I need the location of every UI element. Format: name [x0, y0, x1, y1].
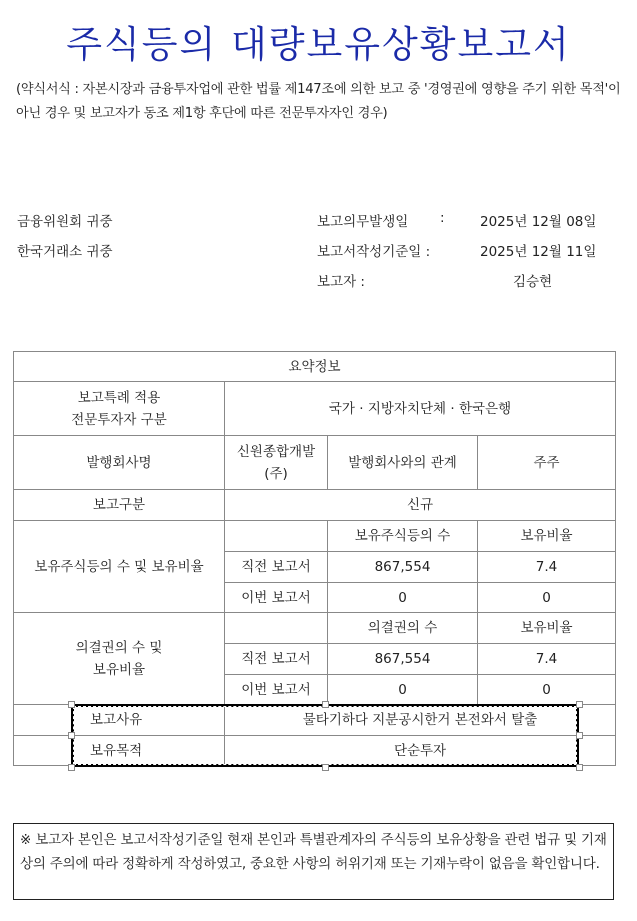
votes-curr-label: 이번 보고서: [225, 675, 328, 705]
special-investor-value: 국가 · 지방자치단체 · 한국은행: [225, 382, 616, 436]
base-date: 2025년 12월 11일: [480, 240, 596, 260]
shares-ratio-header: 보유비율: [478, 521, 616, 552]
resize-handle-right[interactable]: [576, 732, 583, 739]
resize-handle-bottom[interactable]: [322, 764, 329, 771]
votes-curr-count: 0: [328, 675, 478, 705]
shares-blank-header: [225, 521, 328, 552]
document-subtitle: (약식서식 : 자본시장과 금융투자업에 관한 법률 제147조에 의한 보고 …: [16, 78, 626, 126]
report-type-value: 신규: [225, 490, 616, 521]
votes-prev-count: 867,554: [328, 644, 478, 675]
issuer-name-line-1: 신원종합개발: [225, 441, 327, 463]
votes-label-line-2: 보유비율: [14, 659, 224, 681]
votes-blank-header: [225, 613, 328, 644]
resize-handle-top-right[interactable]: [576, 701, 583, 708]
confirmation-notice: ※ 보고자 본인은 보고서작성기준일 현재 본인과 특별관계자의 주식등의 보유…: [13, 823, 614, 900]
obligation-date-label: 보고의무발생일: [317, 210, 408, 230]
report-type-label: 보고구분: [14, 490, 225, 521]
recipient-krx: 한국거래소 귀중: [17, 240, 113, 260]
shares-curr-count: 0: [328, 583, 478, 613]
obligation-date-separator: :: [440, 210, 445, 226]
votes-label-line-1: 의결권의 수 및: [14, 637, 224, 659]
summary-heading: 요약정보: [14, 352, 616, 382]
votes-curr-ratio: 0: [478, 675, 616, 705]
shares-prev-count: 867,554: [328, 552, 478, 583]
special-label-line-2: 전문투자자 구분: [14, 409, 224, 431]
shares-prev-label: 직전 보고서: [225, 552, 328, 583]
relation-value: 주주: [478, 436, 616, 490]
base-date-label: 보고서작성기준일 :: [317, 240, 430, 260]
shares-count-header: 보유주식등의 수: [328, 521, 478, 552]
issuer-name-line-2: (주): [225, 463, 327, 485]
document-title: 주식등의 대량보유상황보고서: [0, 14, 637, 68]
shares-prev-ratio: 7.4: [478, 552, 616, 583]
resize-handle-bottom-left[interactable]: [68, 764, 75, 771]
votes-prev-label: 직전 보고서: [225, 644, 328, 675]
votes-prev-ratio: 7.4: [478, 644, 616, 675]
obligation-date: 2025년 12월 08일: [480, 210, 596, 230]
resize-handle-left[interactable]: [68, 732, 75, 739]
shares-curr-ratio: 0: [478, 583, 616, 613]
votes-label: 의결권의 수 및 보유비율: [14, 613, 225, 705]
special-investor-label: 보고특례 적용 전문투자자 구분: [14, 382, 225, 436]
shares-curr-label: 이번 보고서: [225, 583, 328, 613]
resize-handle-top[interactable]: [322, 701, 329, 708]
selection-frame[interactable]: [71, 704, 579, 767]
resize-handle-bottom-right[interactable]: [576, 764, 583, 771]
reporter-label: 보고자 :: [317, 270, 365, 290]
recipient-fsc: 금융위원회 귀중: [17, 210, 113, 230]
special-label-line-1: 보고특례 적용: [14, 387, 224, 409]
votes-ratio-header: 보유비율: [478, 613, 616, 644]
reporter-name: 김승현: [513, 270, 552, 290]
relation-label: 발행회사와의 관계: [328, 436, 478, 490]
issuer-label: 발행회사명: [14, 436, 225, 490]
votes-count-header: 의결권의 수: [328, 613, 478, 644]
resize-handle-top-left[interactable]: [68, 701, 75, 708]
shares-label: 보유주식등의 수 및 보유비율: [14, 521, 225, 613]
issuer-name: 신원종합개발 (주): [225, 436, 328, 490]
